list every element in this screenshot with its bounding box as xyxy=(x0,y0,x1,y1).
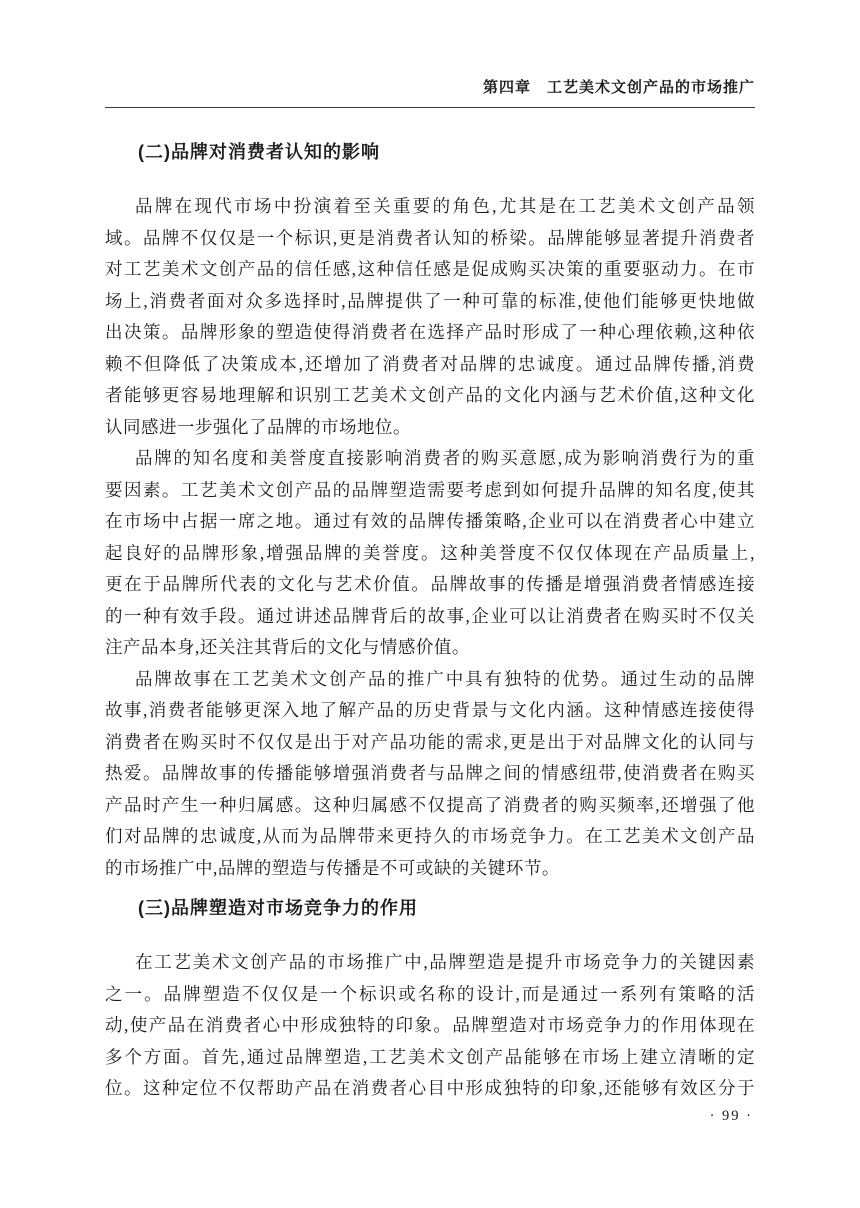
body-line: 对工艺美术文创产品的信任感,这种信任感是促成购买决策的重要驱动力。在市 xyxy=(105,254,755,286)
body-line: 们对品牌的忠诚度,从而为品牌带来更持久的市场竞争力。在工艺美术文创产品 xyxy=(105,821,755,853)
body-line: 动,使产品在消费者心中形成独特的印象。品牌塑造对市场竞争力的作用体现在 xyxy=(105,1010,755,1042)
body-line: 产品时产生一种归属感。这种归属感不仅提高了消费者的购买频率,还增强了他 xyxy=(105,790,755,822)
running-header-chapter: 第四章 xyxy=(483,76,531,97)
body-line: 要因素。工艺美术文创产品的品牌塑造需要考虑到如何提升品牌的知名度,使其 xyxy=(105,475,755,507)
body-line: 的一种有效手段。通过讲述品牌背后的故事,企业可以让消费者在购买时不仅关 xyxy=(105,601,755,633)
body-line: 多个方面。首先,通过品牌塑造,工艺美术文创产品能够在市场上建立清晰的定 xyxy=(105,1042,755,1074)
body-line: 场上,消费者面对众多选择时,品牌提供了一种可靠的标准,使他们能够更快地做 xyxy=(105,286,755,318)
body-line: 域。品牌不仅仅是一个标识,更是消费者认知的桥梁。品牌能够显著提升消费者 xyxy=(105,223,755,255)
body-line: 在工艺美术文创产品的市场推广中,品牌塑造是提升市场竞争力的关键因素 xyxy=(105,947,755,979)
body-line: 赖不但降低了决策成本,还增加了消费者对品牌的忠诚度。通过品牌传播,消费 xyxy=(105,349,755,381)
body-line: 更在于品牌所代表的文化与艺术价值。品牌故事的传播是增强消费者情感连接 xyxy=(105,569,755,601)
section-heading-3: (三)品牌塑造对市场竞争力的作用 xyxy=(105,897,755,919)
running-header-title: 工艺美术文创产品的市场推广 xyxy=(547,76,755,97)
body-line: 故事,消费者能够更深入地了解产品的历史背景与文化内涵。这种情感连接使得 xyxy=(105,695,755,727)
body-line: 之一。品牌塑造不仅仅是一个标识或名称的设计,而是通过一系列有策略的活 xyxy=(105,979,755,1011)
body-line: 消费者在购买时不仅仅是出于对产品功能的需求,更是出于对品牌文化的认同与 xyxy=(105,727,755,759)
body-line: 注产品本身,还关注其背后的文化与情感价值。 xyxy=(105,632,755,664)
paragraph: 品牌故事在工艺美术文创产品的推广中具有独特的优势。通过生动的品牌 故事,消费者能… xyxy=(105,664,755,885)
body-line: 品牌的知名度和美誉度直接影响消费者的购买意愿,成为影响消费行为的重 xyxy=(105,443,755,475)
body-line: 者能够更容易地理解和识别工艺美术文创产品的文化内涵与艺术价值,这种文化 xyxy=(105,380,755,412)
body-line: 品牌故事在工艺美术文创产品的推广中具有独特的优势。通过生动的品牌 xyxy=(105,664,755,696)
body-line: 出决策。品牌形象的塑造使得消费者在选择产品时形成了一种心理依赖,这种依 xyxy=(105,317,755,349)
body-line: 位。这种定位不仅帮助产品在消费者心目中形成独特的印象,还能够有效区分于 xyxy=(105,1073,755,1105)
body-line: 起良好的品牌形象,增强品牌的美誉度。这种美誉度不仅仅体现在产品质量上, xyxy=(105,538,755,570)
body-line: 品牌在现代市场中扮演着至关重要的角色,尤其是在工艺美术文创产品领 xyxy=(105,191,755,223)
paragraph: 品牌的知名度和美誉度直接影响消费者的购买意愿,成为影响消费行为的重 要因素。工艺… xyxy=(105,443,755,664)
body-line: 热爱。品牌故事的传播能够增强消费者与品牌之间的情感纽带,使消费者在购买 xyxy=(105,758,755,790)
book-page: 第四章 工艺美术文创产品的市场推广 (二)品牌对消费者认知的影响 品牌在现代市场… xyxy=(105,0,755,1125)
body-line: 认同感进一步强化了品牌的市场地位。 xyxy=(105,412,755,444)
paragraph: 在工艺美术文创产品的市场推广中,品牌塑造是提升市场竞争力的关键因素 之一。品牌塑… xyxy=(105,947,755,1105)
page-number: · 99 · xyxy=(105,1108,755,1125)
body-line: 在市场中占据一席之地。通过有效的品牌传播策略,企业可以在消费者心中建立 xyxy=(105,506,755,538)
running-header: 第四章 工艺美术文创产品的市场推广 xyxy=(105,76,755,108)
paragraph: 品牌在现代市场中扮演着至关重要的角色,尤其是在工艺美术文创产品领 域。品牌不仅仅… xyxy=(105,191,755,443)
body-line: 的市场推广中,品牌的塑造与传播是不可或缺的关键环节。 xyxy=(105,853,755,885)
section-heading-2: (二)品牌对消费者认知的影响 xyxy=(105,141,755,163)
